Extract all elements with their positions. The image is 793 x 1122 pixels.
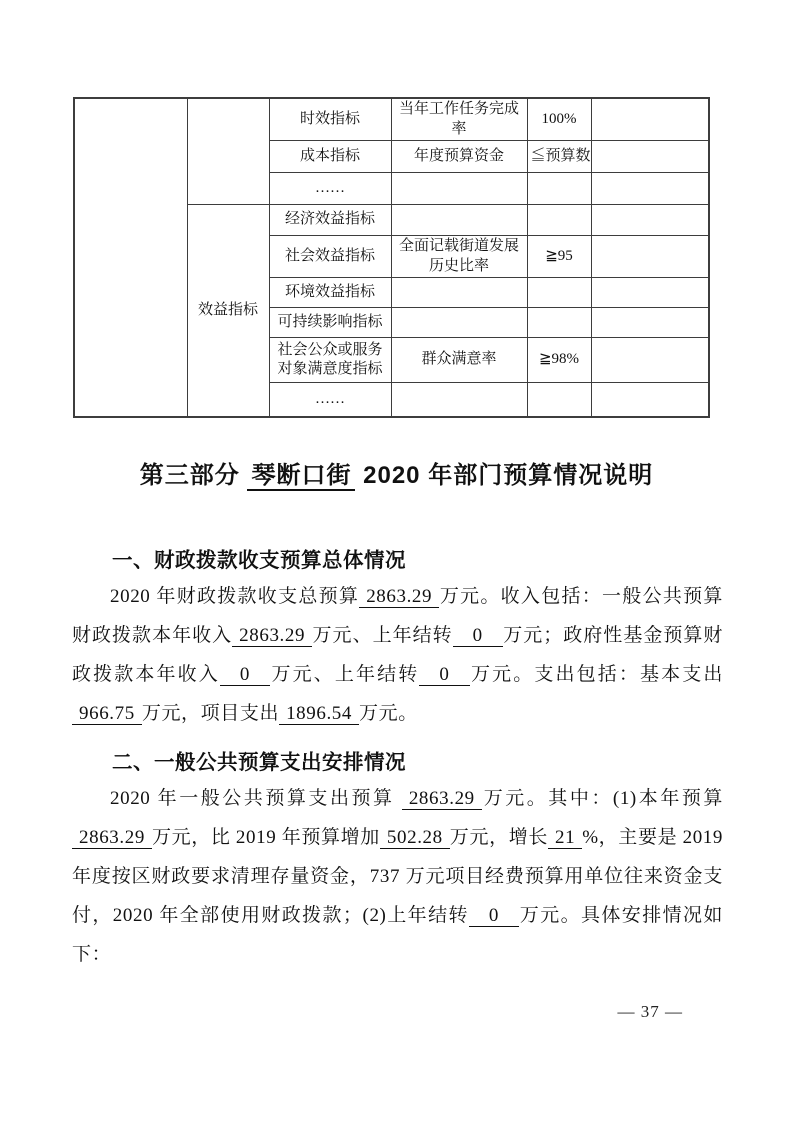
table-cell: 群众满意率 bbox=[391, 338, 527, 383]
text-run: 第三部分 bbox=[140, 462, 248, 489]
table-cell bbox=[527, 383, 591, 417]
paragraph-2: 2020 年一般公共预算支出预算 2863.29万元。其中：(1)本年预算286… bbox=[72, 779, 723, 974]
paragraph-1: 2020 年财政拨款收支总预算2863.29万元。收入包括：一般公共预算财政拨款… bbox=[72, 577, 723, 733]
table-cell: 环境效益指标 bbox=[269, 278, 391, 308]
text-run: 万元，增长 bbox=[450, 827, 548, 848]
underlined-value: 2863.29 bbox=[359, 586, 439, 608]
table-cell bbox=[391, 278, 527, 308]
page-number: — 37 — bbox=[618, 1002, 684, 1022]
underlined-value: 966.75 bbox=[72, 703, 142, 725]
table-cell: 可持续影响指标 bbox=[269, 308, 391, 338]
table-cell: …… bbox=[269, 173, 391, 205]
text-run: 万元。其中：(1)本年预算 bbox=[482, 788, 723, 809]
table-cell: …… bbox=[269, 383, 391, 417]
table-cell: 社会公众或服务对象满意度指标 bbox=[269, 338, 391, 383]
benefit-group-cell: 效益指标 bbox=[187, 205, 269, 417]
table-cell bbox=[527, 308, 591, 338]
performance-indicator-table: 时效指标当年工作任务完成率100% 成本指标年度预算资金≦预算数 …… 效益指标… bbox=[73, 97, 710, 418]
table-cell bbox=[591, 236, 709, 278]
content-area: 一、财政拨款收支预算总体情况 2020 年财政拨款收支总预算2863.29万元。… bbox=[72, 544, 723, 974]
table-cell: 年度预算资金 bbox=[391, 141, 527, 173]
underlined-value: 0 bbox=[419, 664, 469, 686]
table-cell: ≦预算数 bbox=[527, 141, 591, 173]
table-cell: ≧95 bbox=[527, 236, 591, 278]
text-run: 万元，项目支出 bbox=[142, 703, 279, 724]
text-run: 万元。 bbox=[359, 703, 418, 724]
underlined-value: 1896.54 bbox=[279, 703, 359, 725]
table-cell bbox=[591, 141, 709, 173]
table-cell: 成本指标 bbox=[269, 141, 391, 173]
underlined-value: 0 bbox=[453, 625, 503, 647]
text-run: 万元、上年结转 bbox=[312, 625, 453, 646]
text-run: 2020 年一般公共预算支出预算 bbox=[110, 788, 402, 809]
document-page: 时效指标当年工作任务完成率100% 成本指标年度预算资金≦预算数 …… 效益指标… bbox=[0, 0, 793, 1122]
table-cell bbox=[591, 308, 709, 338]
table-cell bbox=[591, 278, 709, 308]
table-cell bbox=[391, 308, 527, 338]
table-cell bbox=[391, 173, 527, 205]
table-row: 时效指标当年工作任务完成率100% bbox=[74, 98, 709, 141]
underlined-value: 琴断口街 bbox=[247, 462, 355, 491]
underlined-value: 0 bbox=[469, 905, 519, 927]
table-cell bbox=[527, 278, 591, 308]
underlined-value: 21 bbox=[548, 827, 582, 849]
underlined-value: 2863.29 bbox=[232, 625, 312, 647]
table-cell: 社会效益指标 bbox=[269, 236, 391, 278]
performance-indicator-table-body: 时效指标当年工作任务完成率100% 成本指标年度预算资金≦预算数 …… 效益指标… bbox=[74, 98, 709, 417]
table-cell bbox=[391, 383, 527, 417]
table-cell: 时效指标 bbox=[269, 98, 391, 141]
table-cell bbox=[591, 173, 709, 205]
table-cell: 当年工作任务完成率 bbox=[391, 98, 527, 141]
group-span-cell bbox=[187, 98, 269, 205]
table-cell bbox=[591, 383, 709, 417]
underlined-value: 2863.29 bbox=[72, 827, 152, 849]
text-run: 万元、上年结转 bbox=[270, 664, 419, 685]
underlined-value: 502.28 bbox=[380, 827, 450, 849]
text-run: 万元。支出包括：基本支出 bbox=[470, 664, 724, 685]
section-heading-2: 二、一般公共预算支出安排情况 bbox=[72, 746, 723, 779]
table-cell bbox=[591, 205, 709, 236]
underlined-value: 0 bbox=[220, 664, 270, 686]
table-cell bbox=[591, 98, 709, 141]
part3-title: 第三部分 琴断口街 2020 年部门预算情况说明 bbox=[0, 458, 793, 494]
left-span-cell bbox=[74, 98, 187, 417]
table-cell: ≧98% bbox=[527, 338, 591, 383]
table-cell: 全面记载街道发展历史比率 bbox=[391, 236, 527, 278]
text-run: 2020 年财政拨款收支总预算 bbox=[110, 586, 359, 607]
table-cell bbox=[391, 205, 527, 236]
text-run: 2020 年部门预算情况说明 bbox=[355, 462, 653, 489]
table-cell bbox=[527, 205, 591, 236]
table-cell: 100% bbox=[527, 98, 591, 141]
section-heading-1: 一、财政拨款收支预算总体情况 bbox=[72, 544, 723, 577]
underlined-value: 2863.29 bbox=[402, 788, 482, 810]
table-cell bbox=[527, 173, 591, 205]
table-cell bbox=[591, 338, 709, 383]
table-cell: 经济效益指标 bbox=[269, 205, 391, 236]
text-run: 万元，比 2019 年预算增加 bbox=[152, 827, 380, 848]
